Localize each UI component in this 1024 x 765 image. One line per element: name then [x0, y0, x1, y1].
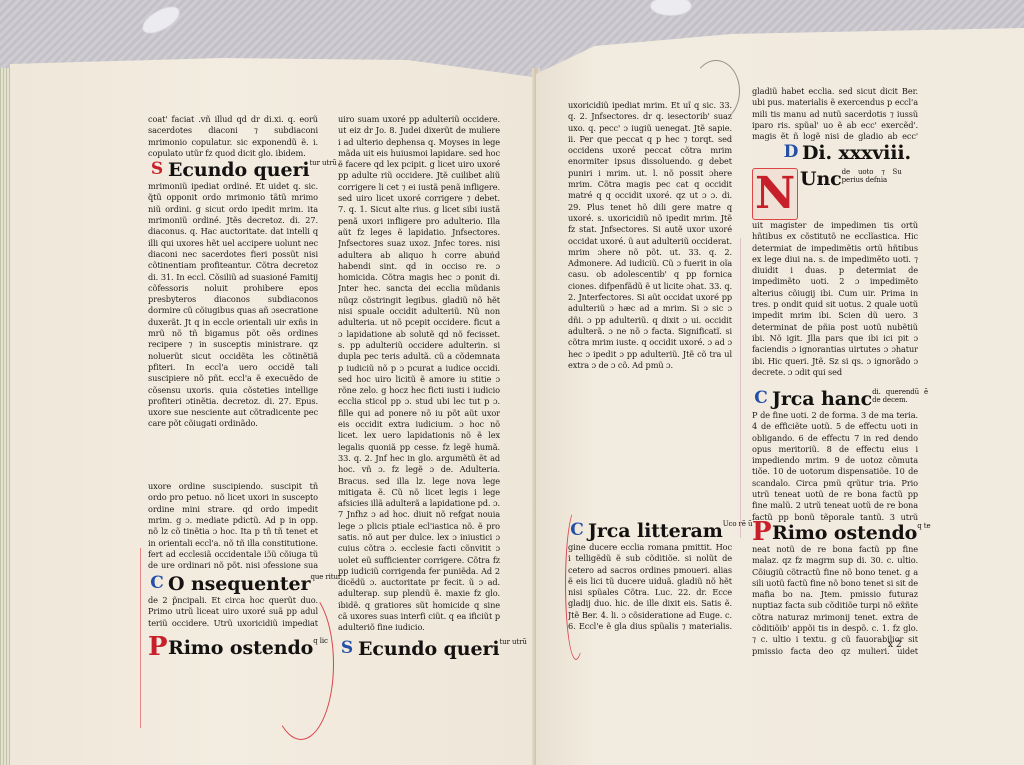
heading-text: Ecundo queri	[358, 638, 499, 660]
text-block: uiro suam uxoré pp adulteriũ occidere. u…	[338, 114, 500, 634]
historiated-initial: N	[752, 168, 798, 220]
left-page-column-2: uiro suam uxoré pp adulteriũ occidere. u…	[338, 114, 500, 660]
section-heading: CJrca hancdi. querendũ ẽ de decem.	[752, 388, 918, 410]
text-block: uxoricidiũ ipediat mrim. Et uĩ q sic. 33…	[568, 100, 732, 520]
pen-flourish	[268, 588, 334, 740]
distinctio-heading: DDi. xxxviii.	[752, 142, 918, 164]
text-block: mrimoniũ ipediat ordiné. Et uidet q. sic…	[148, 181, 318, 481]
text-block: uxore ordine suscipiendo. suscipit tñ or…	[148, 481, 318, 573]
text-block: gladiũ habet ecclia. sed sicut dicit Ber…	[752, 86, 918, 142]
rubricated-initial: S	[338, 638, 356, 658]
section-heading: PRimo ostendoq te	[752, 522, 918, 544]
pen-flourish	[140, 548, 141, 728]
text-block: coat' faciat .vñ illud qd dr di.xi. q. e…	[148, 114, 318, 159]
text-block: gine ducere ecclia romana pmittit. Hoc i…	[568, 542, 732, 632]
rubricated-initial: P	[752, 522, 770, 542]
heading-side-text: de uoto ⁊ Su perius defnia	[842, 168, 902, 184]
text-block: uit magister de impedimen tis ortũ hñtib…	[752, 220, 918, 388]
heading-text: Jrca litteram	[588, 520, 723, 542]
signature-mark: x 2	[888, 640, 902, 650]
heading-text: Unc	[800, 168, 842, 190]
heading-text: Jrca hanc	[772, 388, 872, 410]
heading-side-text: Uco rẽ ũ	[723, 520, 753, 528]
section-heading: NUncde uoto ⁊ Su perius defnia	[752, 168, 918, 220]
right-page-column-1: uxoricidiũ ipediat mrim. Et uĩ q sic. 33…	[568, 100, 732, 632]
heading-side-text: tur utrũ	[499, 638, 526, 646]
heading-text: Di. xxxviii.	[802, 142, 911, 164]
heading-side-text: di. querendũ ẽ de decem.	[872, 388, 928, 404]
open-book: coat' faciat .vñ illud qd dr di.xi. q. e…	[0, 28, 1024, 765]
rubricated-initial: P	[148, 637, 166, 657]
text-block: P de fine uoti. 2 de forma. 3 de ma teri…	[752, 410, 918, 522]
rubricated-initial: C	[148, 573, 166, 593]
section-heading: SEcundo queritur utrũ	[148, 159, 318, 181]
rubricated-initial: S	[148, 159, 166, 179]
heading-side-text: que ritur	[310, 573, 341, 581]
heading-text: Rimo ostendo	[772, 522, 917, 544]
heading-side-text: q te	[917, 522, 930, 530]
rubricated-initial: D	[782, 142, 800, 162]
rubricated-initial: C	[752, 388, 770, 408]
right-page-column-2: gladiũ habet ecclia. sed sicut dicit Ber…	[752, 86, 918, 656]
section-heading: CJrca litteramUco rẽ ũ	[568, 520, 732, 542]
pen-flourish	[692, 60, 740, 122]
pen-flourish	[565, 508, 587, 660]
section-heading: SEcundo queritur utrũ	[338, 638, 500, 660]
marginal-line	[740, 238, 741, 538]
heading-text: Ecundo queri	[168, 159, 309, 181]
left-page-column-1: coat' faciat .vñ illud qd dr di.xi. q. e…	[148, 114, 318, 659]
heading-side-text: tur utrũ	[309, 159, 336, 167]
